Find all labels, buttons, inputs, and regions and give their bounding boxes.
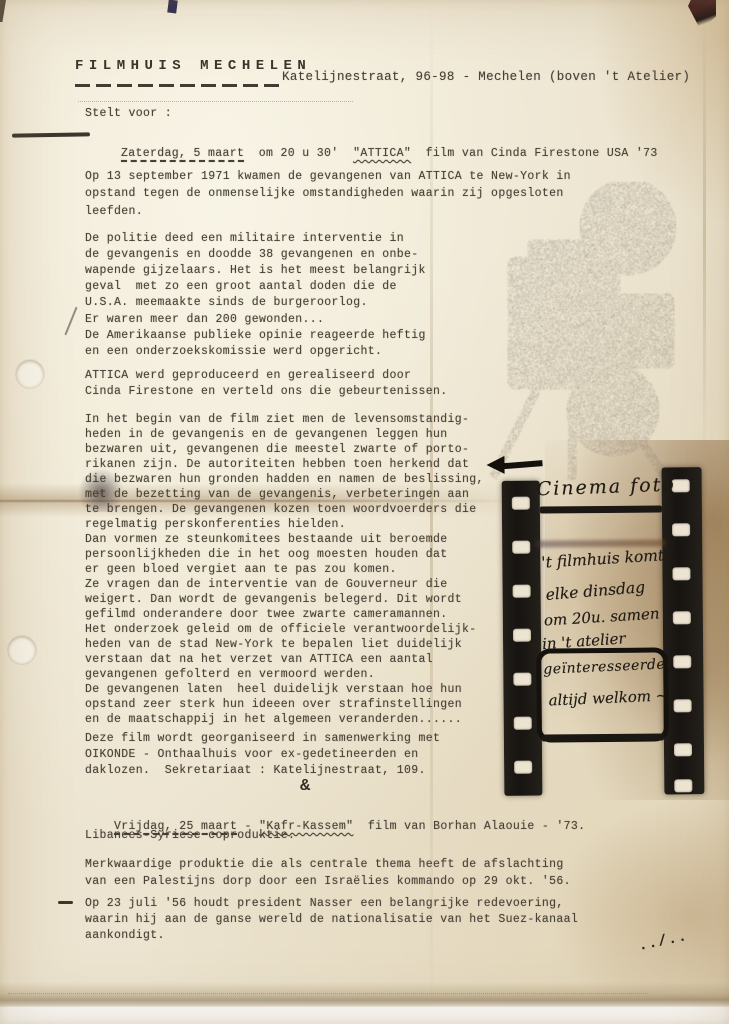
event-kafr-subtitle: Libanees-Syriese coproduktie. (85, 828, 295, 844)
punch-hole-bottom (8, 636, 36, 664)
handwriting-line-3: om 20u. samen (543, 604, 660, 629)
organization-name: FILMHUIS MECHELEN (75, 58, 311, 74)
punch-hole-top (16, 360, 44, 388)
paragraph-nasser: Op 23 juli '56 houdt president Nasser ee… (85, 896, 578, 944)
intro-line: Stelt voor : (85, 106, 172, 122)
paragraph-wounded: Er waren meer dan 200 gewonden... De Ame… (85, 312, 426, 360)
margin-dash-nasser (58, 901, 73, 904)
handwriting-line-2: elke dinsdag (545, 578, 646, 604)
event-kafr-tail: film van Borhan Alaouie - '73. (353, 820, 585, 833)
bottom-white-strip (0, 1007, 729, 1024)
header-faint-line (78, 101, 353, 102)
corner-mark-top-right (688, 0, 716, 30)
handwriting-line-1: 't filmhuis komt (541, 546, 665, 571)
margin-slash-mark (64, 307, 77, 336)
film-strip-left-rail (502, 481, 543, 796)
event-attica-title: "ATTICA" (353, 147, 411, 160)
event-attica-tail: film van Cinda Firestone USA '73 (411, 147, 658, 160)
torn-bottom-edge (0, 982, 729, 1008)
paragraph-film-description: In het begin van de film ziet men de lev… (85, 412, 484, 727)
corner-mark-top-left (0, 0, 6, 22)
scanned-flyer-page: FILMHUIS MECHELEN Katelijnestraat, 96-98… (0, 0, 729, 1024)
event-attica-time: om 20 u 30' (244, 147, 353, 160)
paragraph-massacre: Merkwaardige produktie die als centrale … (85, 856, 571, 891)
film-frame-top-line (540, 505, 662, 513)
margin-dash-event1 (12, 132, 90, 137)
film-strip: Cinema foto 't filmhuis komt elke dinsda… (499, 469, 707, 801)
paragraph-oikonde: Deze film wordt georganiseerd in samenwe… (85, 731, 440, 779)
paragraph-police-intervention: De politie deed een militaire interventi… (85, 231, 426, 311)
film-strip-right-rail (662, 467, 705, 794)
continuation-mark: ../.. (637, 928, 689, 955)
film-camera-sketch (468, 182, 713, 482)
ampersand-divider: & (300, 777, 310, 796)
address-line: Katelijnestraat, 96-98 - Mechelen (boven… (282, 70, 690, 84)
handwriting-cinema-foto: Cinema foto (536, 474, 676, 501)
paragraph-attica-intro: Op 13 september 1971 kwamen de gevangene… (85, 168, 571, 220)
staple-mark (167, 0, 178, 13)
film-frame-bottom-line (542, 733, 664, 741)
paragraph-produced-by: ATTICA werd geproduceerd en gerealiseerd… (85, 368, 448, 400)
organization-underline (75, 84, 283, 87)
arrow-left-icon (486, 454, 550, 477)
event-attica-date: Zaterdag, 5 maart (121, 147, 244, 160)
